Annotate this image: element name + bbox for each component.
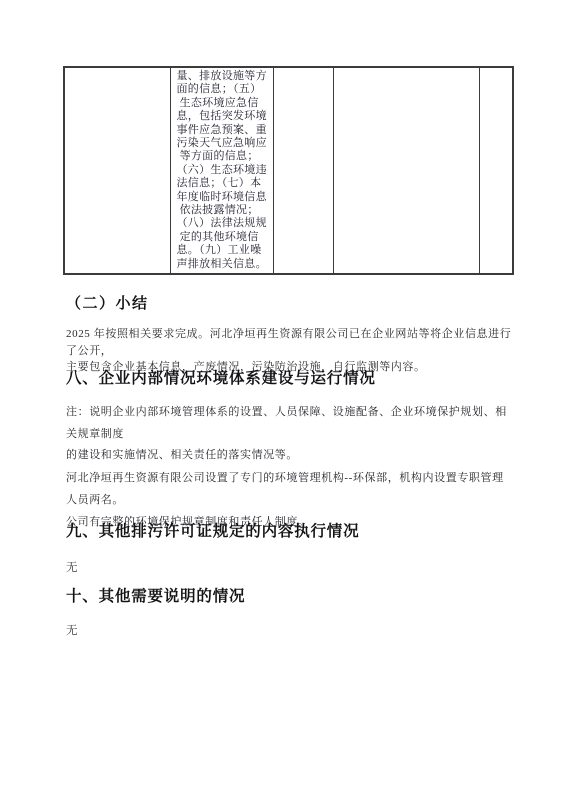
answer-none-9: 无 [66, 559, 78, 575]
table-cell-empty-4 [479, 67, 513, 274]
answer-none-10: 无 [66, 622, 78, 638]
document-page: 量、排放设施等方 面的信息；（五） 生态环境应急信 息，包括突发环境 事件应急预… [0, 0, 571, 808]
table-cell-disclosure-content: 量、排放设施等方 面的信息；（五） 生态环境应急信 息，包括突发环境 事件应急预… [170, 67, 273, 274]
env-disclosure-table: 量、排放设施等方 面的信息；（五） 生态环境应急信 息，包括突发环境 事件应急预… [63, 66, 514, 275]
subsection-heading-summary: （二）小结 [66, 292, 149, 313]
section-heading-8: 八、企业内部情况环境体系建设与运行情况 [66, 366, 376, 388]
table-cell-empty-2 [273, 67, 333, 274]
section-heading-9: 九、其他排污许可证规定的内容执行情况 [66, 519, 359, 541]
table-row: 量、排放设施等方 面的信息；（五） 生态环境应急信 息，包括突发环境 事件应急预… [64, 67, 513, 274]
note-paragraph-8: 注：说明企业内部环境管理体系的设置、人员保障、设施配备、企业环境保护规划、相关规… [66, 402, 513, 467]
table-cell-empty-3 [333, 67, 479, 274]
section-heading-10: 十、其他需要说明的情况 [66, 584, 245, 606]
table-cell-empty-1 [64, 67, 170, 274]
